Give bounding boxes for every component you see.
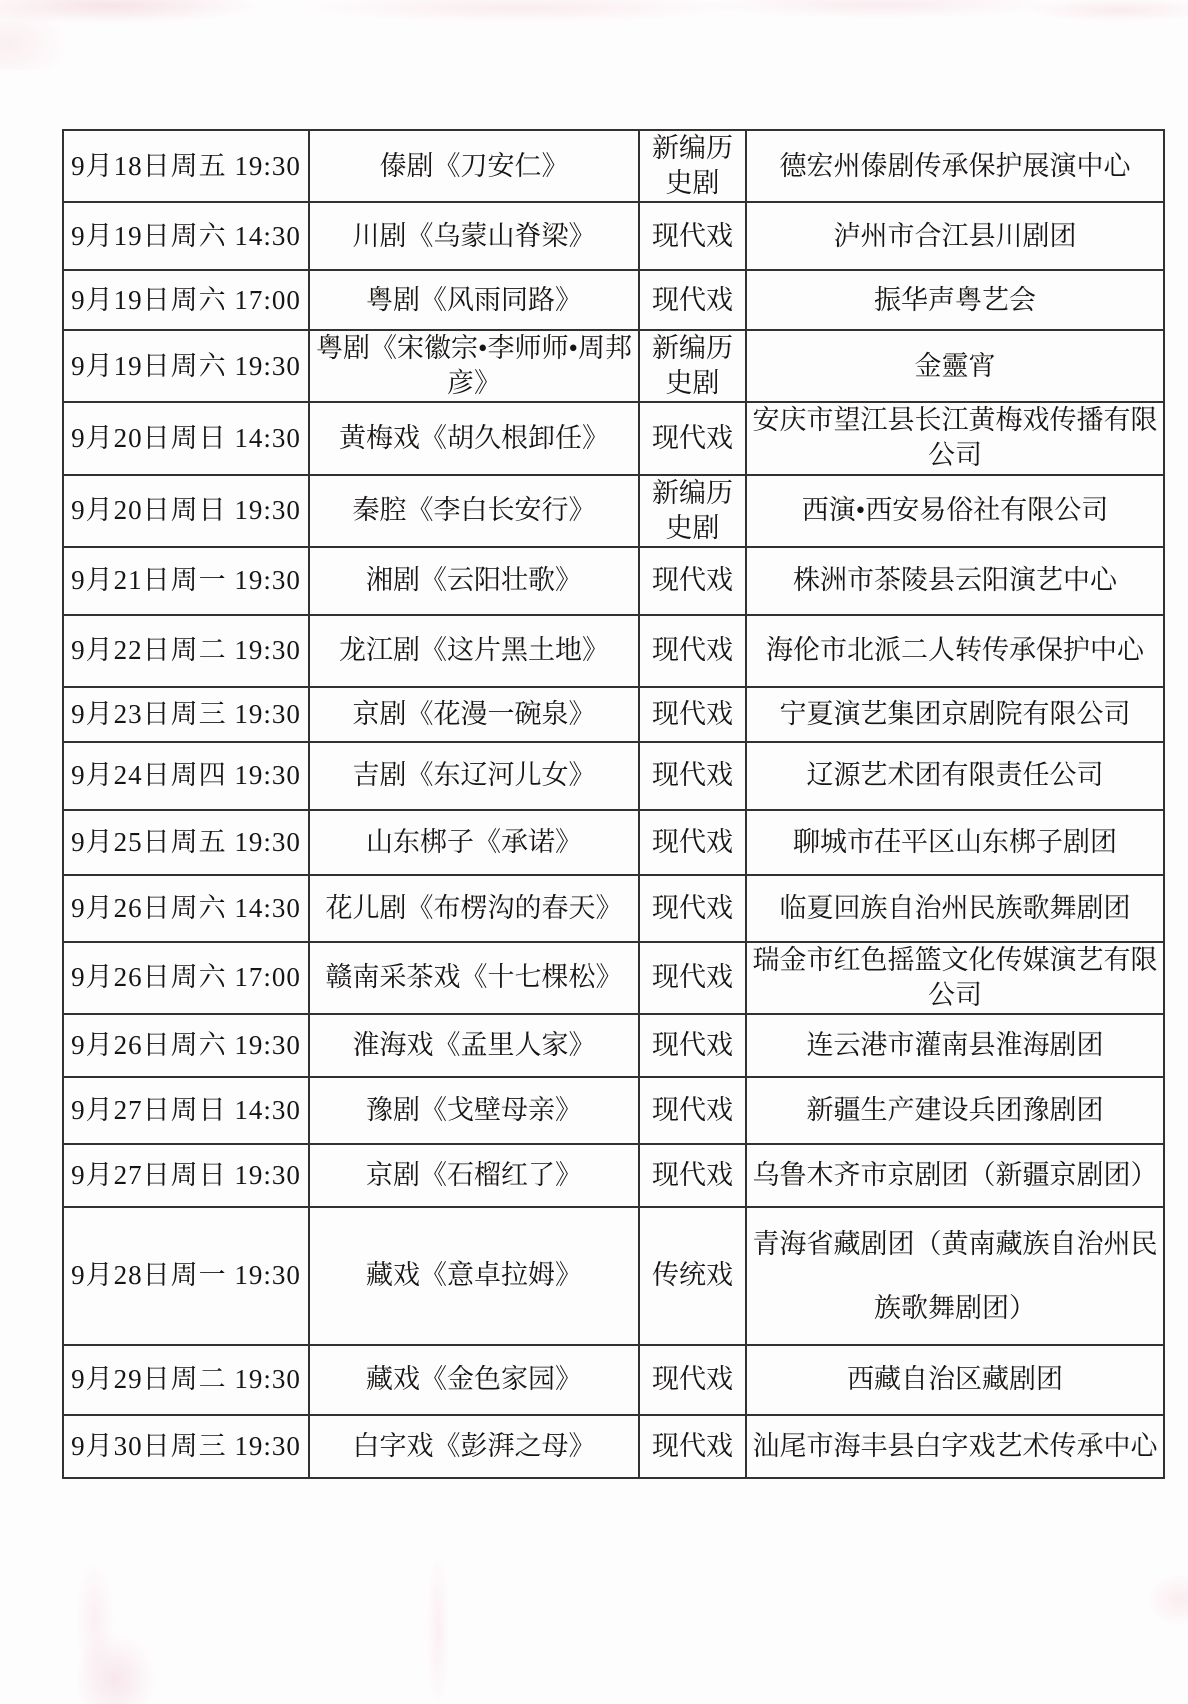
- cell-organization: 安庆市望江县长江黄梅戏传播有限公司: [746, 402, 1164, 474]
- performance-schedule-table: 9月18日周五 19:30傣剧《刀安仁》新编历史剧德宏州傣剧传承保护展演中心9月…: [62, 129, 1165, 1479]
- cell-datetime: 9月29日周二 19:30: [63, 1345, 309, 1415]
- cell-play-title: 赣南采茶戏《十七棵松》: [309, 942, 639, 1014]
- cell-category: 现代戏: [639, 810, 746, 875]
- cell-category: 现代戏: [639, 1345, 746, 1415]
- cell-category: 现代戏: [639, 942, 746, 1014]
- cell-play-title: 粤剧《风雨同路》: [309, 270, 639, 330]
- schedule-row: 9月25日周五 19:30山东梆子《承诺》现代戏聊城市茌平区山东梆子剧团: [63, 810, 1164, 875]
- schedule-row: 9月27日周日 14:30豫剧《戈壁母亲》现代戏新疆生产建设兵团豫剧团: [63, 1077, 1164, 1144]
- scan-artifact-bottom: [0, 1560, 1188, 1704]
- schedule-row: 9月24日周四 19:30吉剧《东辽河儿女》现代戏辽源艺术团有限责任公司: [63, 742, 1164, 810]
- schedule-row: 9月21日周一 19:30湘剧《云阳壮歌》现代戏株洲市茶陵县云阳演艺中心: [63, 547, 1164, 615]
- scan-artifact-top: [0, 0, 1188, 70]
- cell-category: 现代戏: [639, 1144, 746, 1207]
- schedule-row: 9月26日周六 14:30花儿剧《布楞沟的春天》现代戏临夏回族自治州民族歌舞剧团: [63, 875, 1164, 942]
- cell-datetime: 9月23日周三 19:30: [63, 687, 309, 742]
- cell-category: 现代戏: [639, 1077, 746, 1144]
- cell-play-title: 藏戏《意卓拉姆》: [309, 1207, 639, 1345]
- cell-datetime: 9月20日周日 14:30: [63, 402, 309, 474]
- cell-organization: 金靈宵: [746, 330, 1164, 402]
- cell-play-title: 黄梅戏《胡久根卸任》: [309, 402, 639, 474]
- cell-organization: 连云港市灌南县淮海剧团: [746, 1014, 1164, 1077]
- cell-organization: 株洲市茶陵县云阳演艺中心: [746, 547, 1164, 615]
- cell-datetime: 9月21日周一 19:30: [63, 547, 309, 615]
- cell-play-title: 秦腔《李白长安行》: [309, 475, 639, 547]
- schedule-row: 9月30日周三 19:30白字戏《彭湃之母》现代戏汕尾市海丰县白字戏艺术传承中心: [63, 1415, 1164, 1478]
- cell-datetime: 9月24日周四 19:30: [63, 742, 309, 810]
- cell-play-title: 粤剧《宋徽宗•李师师•周邦彦》: [309, 330, 639, 402]
- cell-organization: 振华声粤艺会: [746, 270, 1164, 330]
- cell-category: 现代戏: [639, 402, 746, 474]
- schedule-row: 9月23日周三 19:30京剧《花漫一碗泉》现代戏宁夏演艺集团京剧院有限公司: [63, 687, 1164, 742]
- cell-play-title: 京剧《花漫一碗泉》: [309, 687, 639, 742]
- schedule-row: 9月20日周日 14:30黄梅戏《胡久根卸任》现代戏安庆市望江县长江黄梅戏传播有…: [63, 402, 1164, 474]
- schedule-row: 9月19日周六 14:30川剧《乌蒙山脊梁》现代戏泸州市合江县川剧团: [63, 202, 1164, 270]
- cell-datetime: 9月27日周日 14:30: [63, 1077, 309, 1144]
- cell-category: 现代戏: [639, 270, 746, 330]
- cell-category: 现代戏: [639, 615, 746, 687]
- cell-organization: 汕尾市海丰县白字戏艺术传承中心: [746, 1415, 1164, 1478]
- cell-category: 现代戏: [639, 875, 746, 942]
- cell-organization: 瑞金市红色摇篮文化传媒演艺有限公司: [746, 942, 1164, 1014]
- cell-organization: 青海省藏剧团（黄南藏族自治州民族歌舞剧团）: [746, 1207, 1164, 1345]
- cell-organization: 西演•西安易俗社有限公司: [746, 475, 1164, 547]
- cell-category: 传统戏: [639, 1207, 746, 1345]
- cell-organization: 海伦市北派二人转传承保护中心: [746, 615, 1164, 687]
- cell-play-title: 傣剧《刀安仁》: [309, 130, 639, 202]
- schedule-row: 9月29日周二 19:30藏戏《金色家园》现代戏西藏自治区藏剧团: [63, 1345, 1164, 1415]
- cell-datetime: 9月18日周五 19:30: [63, 130, 309, 202]
- cell-play-title: 山东梆子《承诺》: [309, 810, 639, 875]
- schedule-row: 9月18日周五 19:30傣剧《刀安仁》新编历史剧德宏州傣剧传承保护展演中心: [63, 130, 1164, 202]
- schedule-row: 9月28日周一 19:30藏戏《意卓拉姆》传统戏青海省藏剧团（黄南藏族自治州民族…: [63, 1207, 1164, 1345]
- cell-datetime: 9月19日周六 17:00: [63, 270, 309, 330]
- cell-datetime: 9月20日周日 19:30: [63, 475, 309, 547]
- schedule-row: 9月27日周日 19:30京剧《石榴红了》现代戏乌鲁木齐市京剧团（新疆京剧团）: [63, 1144, 1164, 1207]
- cell-category: 新编历史剧: [639, 330, 746, 402]
- cell-organization: 辽源艺术团有限责任公司: [746, 742, 1164, 810]
- cell-datetime: 9月30日周三 19:30: [63, 1415, 309, 1478]
- cell-category: 现代戏: [639, 547, 746, 615]
- schedule-row: 9月26日周六 19:30淮海戏《孟里人家》现代戏连云港市灌南县淮海剧团: [63, 1014, 1164, 1077]
- schedule-row: 9月19日周六 17:00粤剧《风雨同路》现代戏振华声粤艺会: [63, 270, 1164, 330]
- cell-datetime: 9月26日周六 14:30: [63, 875, 309, 942]
- cell-category: 现代戏: [639, 742, 746, 810]
- cell-play-title: 藏戏《金色家园》: [309, 1345, 639, 1415]
- cell-datetime: 9月27日周日 19:30: [63, 1144, 309, 1207]
- cell-play-title: 淮海戏《孟里人家》: [309, 1014, 639, 1077]
- cell-organization: 宁夏演艺集团京剧院有限公司: [746, 687, 1164, 742]
- cell-category: 新编历史剧: [639, 475, 746, 547]
- schedule-row: 9月22日周二 19:30龙江剧《这片黑土地》现代戏海伦市北派二人转传承保护中心: [63, 615, 1164, 687]
- cell-organization: 乌鲁木齐市京剧团（新疆京剧团）: [746, 1144, 1164, 1207]
- cell-datetime: 9月25日周五 19:30: [63, 810, 309, 875]
- cell-datetime: 9月26日周六 19:30: [63, 1014, 309, 1077]
- cell-organization: 临夏回族自治州民族歌舞剧团: [746, 875, 1164, 942]
- cell-organization: 聊城市茌平区山东梆子剧团: [746, 810, 1164, 875]
- cell-play-title: 龙江剧《这片黑土地》: [309, 615, 639, 687]
- schedule-row: 9月19日周六 19:30粤剧《宋徽宗•李师师•周邦彦》新编历史剧金靈宵: [63, 330, 1164, 402]
- cell-organization: 德宏州傣剧传承保护展演中心: [746, 130, 1164, 202]
- cell-datetime: 9月28日周一 19:30: [63, 1207, 309, 1345]
- schedule-row: 9月26日周六 17:00赣南采茶戏《十七棵松》现代戏瑞金市红色摇篮文化传媒演艺…: [63, 942, 1164, 1014]
- cell-organization: 西藏自治区藏剧团: [746, 1345, 1164, 1415]
- cell-organization: 新疆生产建设兵团豫剧团: [746, 1077, 1164, 1144]
- cell-play-title: 豫剧《戈壁母亲》: [309, 1077, 639, 1144]
- cell-play-title: 湘剧《云阳壮歌》: [309, 547, 639, 615]
- cell-category: 现代戏: [639, 1415, 746, 1478]
- cell-category: 现代戏: [639, 202, 746, 270]
- cell-datetime: 9月26日周六 17:00: [63, 942, 309, 1014]
- cell-datetime: 9月19日周六 19:30: [63, 330, 309, 402]
- cell-play-title: 吉剧《东辽河儿女》: [309, 742, 639, 810]
- cell-play-title: 川剧《乌蒙山脊梁》: [309, 202, 639, 270]
- schedule-row: 9月20日周日 19:30秦腔《李白长安行》新编历史剧西演•西安易俗社有限公司: [63, 475, 1164, 547]
- cell-play-title: 京剧《石榴红了》: [309, 1144, 639, 1207]
- cell-play-title: 白字戏《彭湃之母》: [309, 1415, 639, 1478]
- cell-category: 现代戏: [639, 687, 746, 742]
- cell-category: 现代戏: [639, 1014, 746, 1077]
- cell-category: 新编历史剧: [639, 130, 746, 202]
- cell-datetime: 9月22日周二 19:30: [63, 615, 309, 687]
- schedule-table-body: 9月18日周五 19:30傣剧《刀安仁》新编历史剧德宏州傣剧传承保护展演中心9月…: [63, 130, 1164, 1478]
- cell-organization: 泸州市合江县川剧团: [746, 202, 1164, 270]
- cell-play-title: 花儿剧《布楞沟的春天》: [309, 875, 639, 942]
- cell-datetime: 9月19日周六 14:30: [63, 202, 309, 270]
